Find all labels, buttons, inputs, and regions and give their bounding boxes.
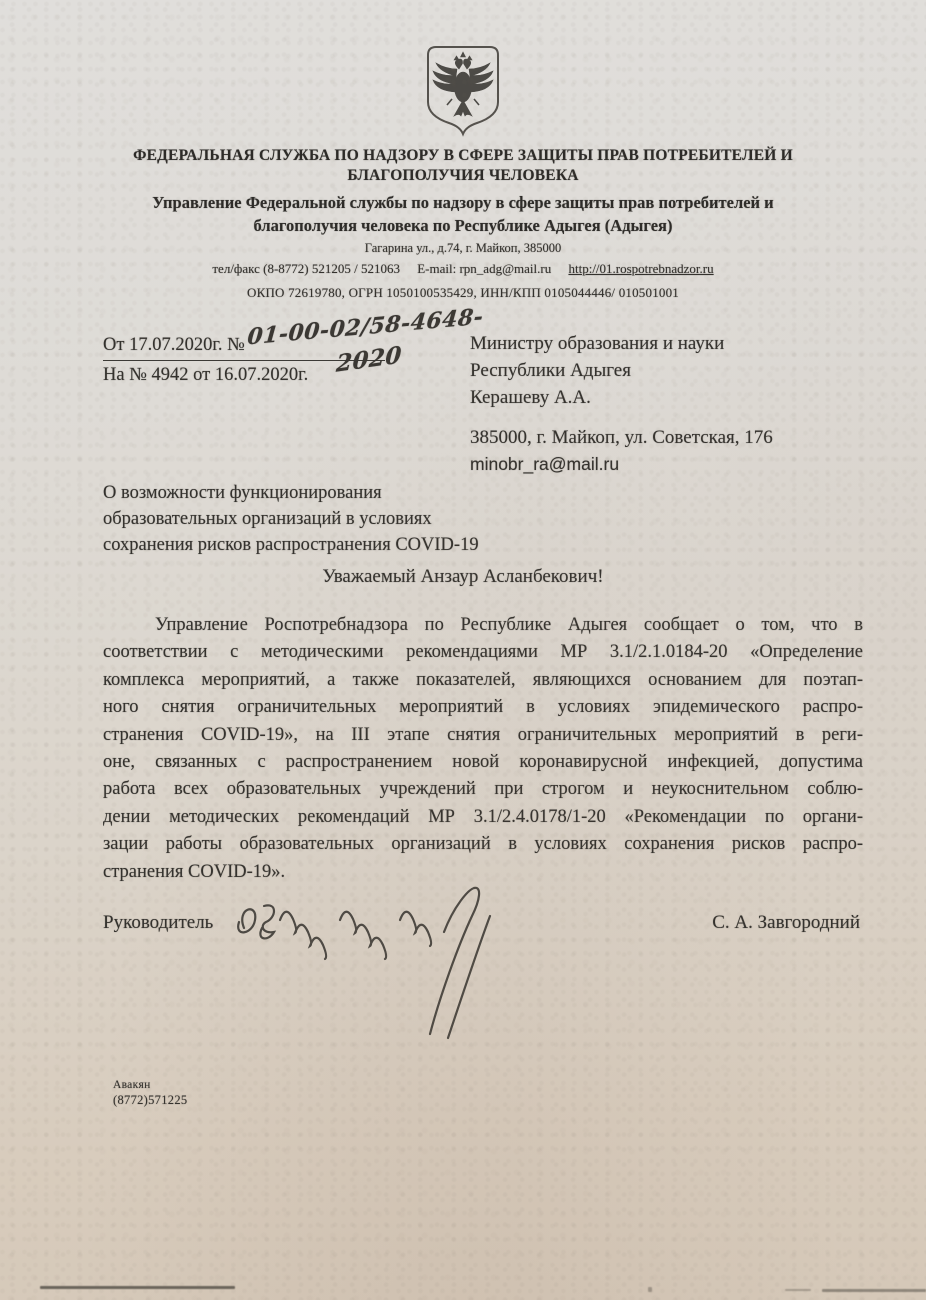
subject-line: образовательных организаций в условиях (103, 506, 479, 532)
org-phone-fax: тел/факс (8-8772) 521205 / 521063 (212, 261, 400, 276)
letter-body: Управление Роспотребнадзора по Республик… (103, 612, 863, 886)
org-codes: ОКПО 72619780, ОГРН 1050100535429, ИНН/К… (83, 285, 843, 301)
body-line: дении методических рекомендаций МР 3.1/2… (103, 804, 863, 831)
org-department: Управление Федеральной службы по надзору… (143, 191, 783, 237)
org-name: ФЕДЕРАЛЬНАЯ СЛУЖБА ПО НАДЗОРУ В СФЕРЕ ЗА… (83, 146, 843, 185)
signer-name: С. А. Завгородний (560, 912, 860, 934)
body-line: комплекса мероприятий, а также показател… (103, 667, 863, 694)
recipient-postal-address: 385000, г. Майкоп, ул. Советская, 176 (470, 424, 773, 451)
subject-block: О возможности функционирования образоват… (103, 480, 479, 558)
recipient-block: Министру образования и науки Республики … (470, 330, 724, 411)
subject-line: сохранения рисков распространения COVID-… (103, 532, 479, 558)
scan-artifact-line (40, 1286, 235, 1289)
scan-artifact-line (822, 1289, 926, 1292)
recipient-email: minobr_ra@mail.ru (470, 451, 773, 478)
salutation: Уважаемый Анзаур Асланбекович! (83, 566, 843, 588)
scan-artifact-line (785, 1289, 811, 1291)
recipient-name: Керашеву А.А. (470, 384, 724, 411)
body-line: зации работы образовательных организаций… (103, 831, 863, 858)
signer-title: Руководитель (103, 912, 213, 934)
org-contacts: тел/факс (8-8772) 521205 / 521063 E-mail… (83, 261, 843, 277)
body-line: соответствии с методическими рекомендаци… (103, 639, 863, 666)
recipient-position: Министру образования и науки (470, 330, 724, 357)
scan-artifact-mark (648, 1287, 652, 1292)
double-headed-eagle-emblem (424, 44, 502, 138)
body-line: оне, связанных с распространением новой … (103, 749, 863, 776)
executor-block: Авакян (8772)571225 (113, 1078, 187, 1108)
org-website-link: http://01.rospotrebnadzor.ru (568, 261, 713, 276)
org-email: E-mail: rpn_adg@mail.ru (417, 261, 551, 276)
org-address: Гагарина ул., д.74, г. Майкоп, 385000 (83, 241, 843, 256)
body-line: Управление Роспотребнадзора по Республик… (103, 612, 863, 639)
body-line: странения COVID-19», на III этапе снятия… (103, 722, 863, 749)
body-line: ного снятия ограничительных мероприятий … (103, 694, 863, 721)
subject-line: О возможности функционирования (103, 480, 479, 506)
recipient-region: Республики Адыгея (470, 357, 724, 384)
body-line: работа всех образовательных учреждений п… (103, 776, 863, 803)
handwritten-signature (222, 876, 572, 1044)
executor-name: Авакян (113, 1078, 187, 1093)
executor-phone: (8772)571225 (113, 1093, 187, 1108)
scanned-letter-page: ФЕДЕРАЛЬНАЯ СЛУЖБА ПО НАДЗОРУ В СФЕРЕ ЗА… (0, 0, 926, 1300)
recipient-address-block: 385000, г. Майкоп, ул. Советская, 176 mi… (470, 424, 773, 478)
